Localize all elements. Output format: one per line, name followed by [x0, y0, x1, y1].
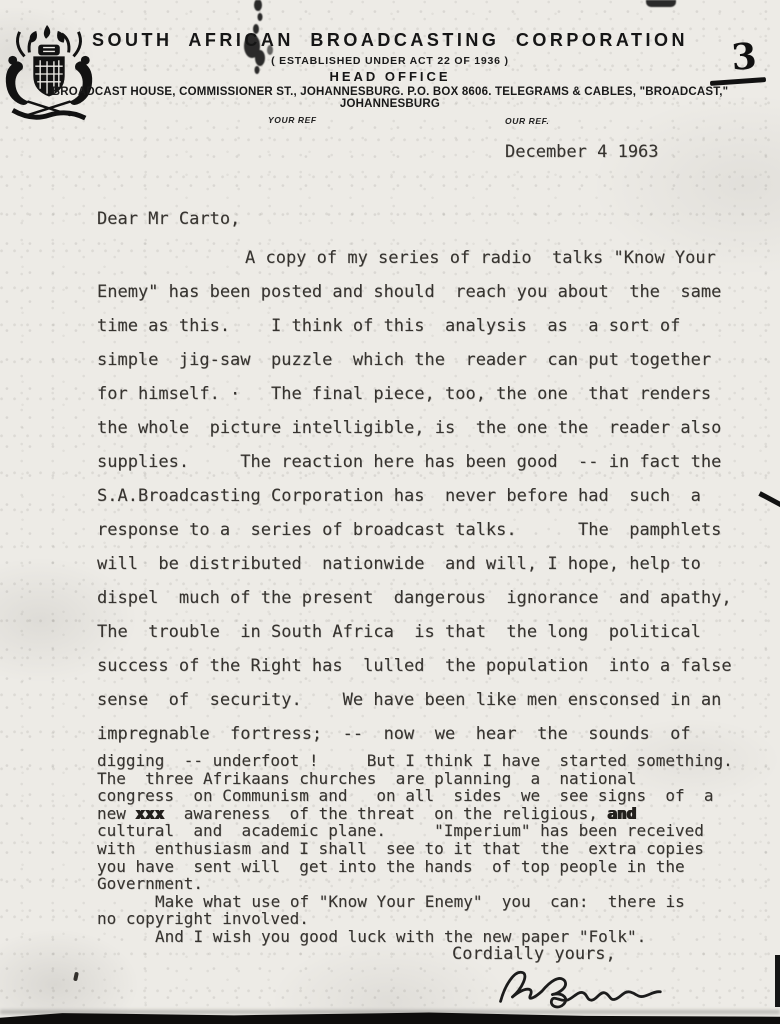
letter-body-doublespaced: A copy of my series of radio talks "Know… [97, 241, 732, 751]
overstruck-text: and [608, 804, 637, 823]
scan-mark-right-edge [758, 491, 780, 508]
letter-date: December 4 1963 [505, 142, 659, 162]
organization-name: SOUTH AFRICAN BROADCASTING CORPORATION [0, 30, 780, 51]
our-ref-label: OUR REF. [505, 116, 549, 126]
letter-page: SOUTH AFRICAN BROADCASTING CORPORATION (… [0, 0, 780, 1024]
body-line: congress on Communism and on all sides w… [97, 787, 733, 805]
body-line: you have sent will get into the hands of… [97, 858, 733, 876]
body-line: impregnable fortress; -- now we hear the… [97, 717, 732, 751]
established-line: ( ESTABLISHED UNDER ACT 22 OF 1936 ) [0, 55, 780, 67]
body-line: A copy of my series of radio talks "Know… [97, 241, 732, 275]
body-line: response to a series of broadcast talks.… [97, 513, 732, 547]
body-line: The trouble in South Africa is that the … [97, 615, 732, 649]
body-line: will be distributed nationwide and will,… [97, 547, 732, 581]
ink-smudge [230, 0, 280, 83]
body-line: for himself. · The final piece, too, the… [97, 377, 732, 411]
text-segment: awareness of the threat on the religious… [164, 804, 607, 823]
head-office-line: HEAD OFFICE [0, 69, 780, 84]
body-line: Enemy" has been posted and should reach … [97, 275, 732, 309]
text-segment: new [97, 804, 136, 823]
body-line: simple jig-saw puzzle which the reader c… [97, 343, 732, 377]
body-line: The three Afrikaans churches are plannin… [97, 770, 733, 788]
body-line-with-overstrike: new xxx awareness of the threat on the r… [97, 805, 733, 823]
body-line: digging -- underfoot ! But I think I hav… [97, 752, 733, 770]
body-line: no copyright involved. [97, 910, 733, 928]
body-line: with enthusiasm and I shall see to it th… [97, 840, 733, 858]
body-line: the whole picture intelligible, is the o… [97, 411, 732, 445]
address-line: BROADCAST HOUSE, COMMISSIONER ST., JOHAN… [0, 86, 780, 110]
body-line: And I wish you good luck with the new pa… [97, 928, 733, 946]
body-line: success of the Right has lulled the popu… [97, 649, 732, 683]
stray-ink-dot [73, 972, 79, 982]
body-line: Make what use of "Know Your Enemy" you c… [97, 893, 733, 911]
signature [492, 958, 702, 1015]
your-ref-label: YOUR REF [268, 115, 317, 125]
body-line: cultural and academic plane. "Imperium" … [97, 822, 733, 840]
body-line: S.A.Broadcasting Corporation has never b… [97, 479, 732, 513]
handwritten-page-number: 3 [713, 34, 776, 80]
overstruck-text: xxx [136, 804, 165, 823]
scan-bar-right-edge [775, 955, 780, 1007]
body-line: time as this. I think of this analysis a… [97, 309, 732, 343]
body-line: Government. [97, 875, 733, 893]
body-line: dispel much of the present dangerous ign… [97, 581, 732, 615]
body-line: sense of security. We have been like men… [97, 683, 732, 717]
letter-body-singlespaced: digging -- underfoot ! But I think I hav… [97, 752, 733, 946]
salutation: Dear Mr Carto, [97, 209, 240, 229]
body-line: supplies. The reaction here has been goo… [97, 445, 732, 479]
scan-mark-top [646, 0, 676, 7]
